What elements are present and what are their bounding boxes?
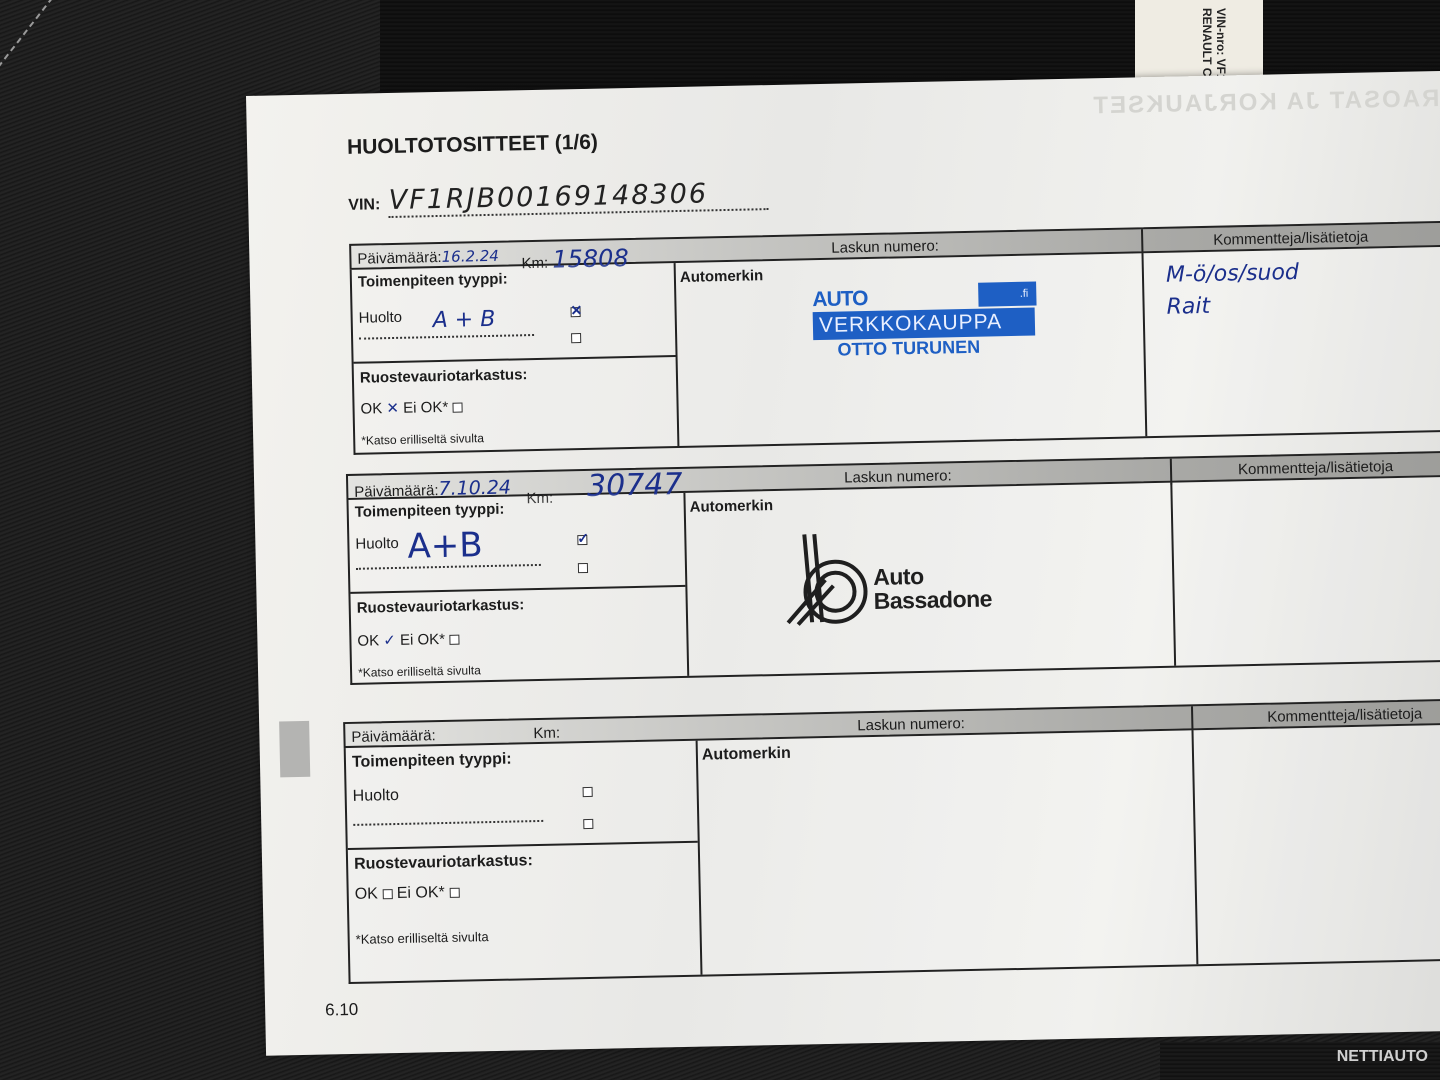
column-divider — [1170, 459, 1173, 485]
operation-column: Toimenpiteen tyyppi: Huolto Ruostevaurio… — [346, 741, 703, 982]
date-field: Päivämäärä: — [351, 726, 436, 746]
comment-line-1: M-ö/os/suod — [1166, 260, 1299, 288]
service-checkbox[interactable]: ✓ — [577, 535, 587, 545]
footnote: *Katso erilliseltä sivulta — [356, 929, 489, 947]
service-record-2: Päivämäärä:7.10.24 Km: 30747 Laskun nume… — [346, 450, 1440, 474]
stamp-subtitle: OTTO TURUNEN — [837, 336, 1035, 361]
other-checkbox[interactable] — [578, 563, 588, 573]
dotted-line — [353, 820, 543, 826]
rust-check-label: Ruostevauriotarkastus: — [354, 852, 533, 874]
stamp-column: Automerkin Auto Bassadone — [683, 483, 1176, 676]
invoice-label: Laskun numero: — [857, 715, 965, 734]
bassadone-text: Auto Bassadone — [873, 562, 992, 612]
service-checkbox[interactable]: ✕ — [570, 307, 580, 317]
date-field: Päivämäärä:16.2.24 — [357, 247, 499, 268]
service-booklet-page: VARAOSAT JA KORJAUKSET HUOLTOTOSITTEET (… — [246, 70, 1440, 1056]
page-title: HUOLTOTOSITTEET (1/6) — [347, 131, 598, 160]
date-label: Päivämäärä: — [351, 727, 436, 746]
vin-row: VIN: VF1RJB00169148306 — [348, 177, 769, 219]
operation-type-box: Toimenpiteen tyyppi: Huolto A+B ✓ — [348, 493, 685, 594]
rust-check-options: OK ✓ Ei OK* — [357, 630, 459, 650]
vin-value: VF1RJB00169148306 — [388, 177, 769, 218]
operation-type-box: Toimenpiteen tyyppi: Huolto A + B ✕ — [352, 263, 676, 364]
not-ok-label: Ei OK* — [397, 884, 445, 902]
comments-label: Kommentteja/lisätietoja — [1213, 229, 1368, 249]
stamp-box: VERKKOKAUPPA — [813, 308, 1036, 341]
stamp-domain-suffix: .fi — [1020, 288, 1029, 300]
record-body: Toimenpiteen tyyppi: Huolto A + B ✕ Ruos… — [350, 246, 1440, 455]
not-ok-checkbox[interactable] — [449, 888, 459, 898]
comments-column — [1193, 724, 1440, 964]
other-checkbox[interactable] — [583, 819, 593, 829]
operation-column: Toimenpiteen tyyppi: Huolto A+B ✓ Ruoste… — [348, 493, 689, 683]
operation-column: Toimenpiteen tyyppi: Huolto A + B ✕ Ruos… — [352, 263, 680, 453]
other-checkbox[interactable] — [571, 333, 581, 343]
operation-type-label: Toimenpiteen tyyppi: — [352, 751, 512, 772]
rust-check-options: OK Ei OK* — [355, 884, 460, 904]
comments-label: Kommentteja/lisätietoja — [1238, 458, 1393, 478]
comments-label: Kommentteja/lisätietoja — [1267, 706, 1422, 726]
stamp-column: Automerkin — [696, 730, 1199, 974]
nettiauto-watermark: NETTIAUTO — [1337, 1048, 1428, 1066]
brand-stamp-label: Automerkin — [690, 497, 774, 516]
service-label: Huolto — [355, 535, 399, 553]
rust-check-options: OK ✕ Ei OK* — [360, 398, 462, 418]
rust-check-label: Ruostevauriotarkastus: — [360, 366, 528, 387]
ok-label: OK — [357, 632, 379, 649]
ok-checkbox[interactable] — [382, 889, 392, 899]
back-card-line1: VIN-nro: VF1 — [1214, 8, 1228, 81]
service-label: Huolto — [358, 309, 402, 327]
comment-line-2: Rait — [1166, 294, 1210, 320]
brand-stamp-label: Automerkin — [680, 267, 764, 286]
ok-label: OK — [360, 400, 382, 417]
footnote: *Katso erilliseltä sivulta — [358, 663, 481, 680]
footnote: *Katso erilliseltä sivulta — [361, 431, 484, 448]
column-divider — [1141, 229, 1144, 255]
not-ok-checkbox[interactable] — [449, 635, 459, 645]
service-type-value: A + B — [432, 307, 495, 333]
service-record-1: Päivämäärä:16.2.24 Km: 15808 Laskun nume… — [349, 220, 1440, 244]
dotted-line — [359, 334, 534, 340]
back-card-line2: RENAULT C — [1200, 8, 1214, 81]
operation-type-box: Toimenpiteen tyyppi: Huolto — [346, 741, 698, 850]
record-body: Toimenpiteen tyyppi: Huolto A+B ✓ Ruoste… — [346, 476, 1440, 685]
operation-type-label: Toimenpiteen tyyppi: — [355, 501, 505, 521]
column-divider — [1191, 706, 1194, 732]
bassadone-line2: Bassadone — [873, 586, 992, 612]
stamp-top-text: AUTO — [812, 287, 868, 312]
auto-verkkokauppa-stamp: AUTO VERKKOKAUPPA .fi OTTO TURUNEN — [812, 284, 1035, 362]
invoice-label: Laskun numero: — [844, 467, 952, 486]
km-field: Km: — [533, 724, 560, 743]
not-ok-label: Ei OK* — [400, 631, 445, 649]
brand-stamp-label: Automerkin — [702, 745, 791, 765]
comments-column — [1172, 476, 1440, 666]
rust-check-label: Ruostevauriotarkastus: — [357, 596, 525, 617]
service-label: Huolto — [353, 787, 400, 806]
ghost-heading-bleedthrough: VARAOSAT JA KORJAUKSET — [1091, 84, 1440, 120]
operation-type-label: Toimenpiteen tyyppi: — [358, 271, 508, 291]
not-ok-checkbox[interactable] — [452, 403, 462, 413]
ok-checkbox-mark[interactable]: ✓ — [383, 631, 396, 649]
vin-label: VIN: — [348, 196, 380, 214]
date-label: Päivämäärä: — [357, 249, 442, 268]
stamp-box-text: VERKKOKAUPPA — [813, 308, 1036, 341]
service-checkbox[interactable] — [583, 787, 593, 797]
record-body: Toimenpiteen tyyppi: Huolto Ruostevaurio… — [344, 724, 1440, 984]
back-card-text: VIN-nro: VF1 RENAULT C — [1138, 8, 1228, 81]
date-value: 16.2.24 — [441, 247, 499, 266]
stamp-column: Automerkin AUTO VERKKOKAUPPA .fi OTTO TU… — [674, 253, 1148, 446]
seat-stitching — [0, 0, 80, 93]
km-label: Km: — [533, 725, 560, 743]
service-type-value: A+B — [407, 525, 483, 567]
service-record-3: Päivämäärä: Km: Laskun numero: Kommentte… — [343, 698, 1440, 722]
invoice-label: Laskun numero: — [831, 238, 939, 257]
ok-label: OK — [355, 885, 378, 902]
page-tab-marker — [279, 721, 310, 778]
not-ok-label: Ei OK* — [403, 399, 448, 417]
ok-checkbox-mark[interactable]: ✕ — [386, 399, 399, 417]
page-number: 6.10 — [325, 1000, 359, 1021]
bassadone-logo-icon — [784, 529, 876, 631]
comments-column: M-ö/os/suod Rait — [1143, 246, 1440, 437]
